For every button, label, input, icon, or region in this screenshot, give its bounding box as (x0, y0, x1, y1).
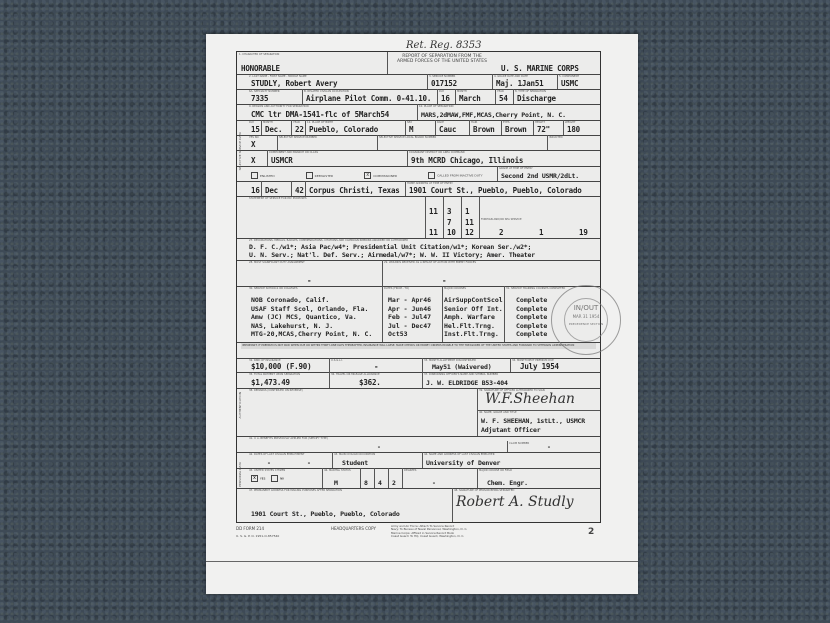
checkbox-called (428, 172, 435, 179)
checkbox-commissioned: x (364, 172, 371, 179)
paper-edge (206, 561, 638, 562)
checkbox-enlisted (251, 172, 258, 179)
copy-label: HEADQUARTERS COPY (331, 526, 376, 531)
header-row: 1. Character of separation HONORABLE REP… (237, 52, 600, 75)
schools-list: NOB Coronado, Calif. USAF Staff Scol, Or… (251, 296, 372, 339)
service-number: 017152 (431, 79, 457, 88)
service-branch: U. S. MARINE CORPS (501, 64, 579, 73)
checkbox-reenlisted (306, 172, 313, 179)
citizen-yes-checkbox: x (251, 475, 258, 482)
document-paper: Ret. Reg. 8353 1. Character of separatio… (206, 34, 638, 594)
character-of-separation: HONORABLE (241, 64, 280, 73)
officer-signature: W.F.Sheehan (485, 391, 575, 407)
name-field: STUDLY, Robert Avery (251, 79, 337, 88)
veteran-signature: Robert A. Studly (456, 494, 574, 510)
dd214-form: 1. Character of separation HONORABLE REP… (236, 51, 601, 523)
form-title: REPORT OF SEPARATION FROM THE ARMED FORC… (387, 54, 497, 64)
distribution-instructions: Army and Air Force: Attach To Service Re… (391, 525, 467, 538)
grade-date: Maj. 1Jan51 (496, 79, 543, 88)
citizen-no-checkbox (271, 475, 278, 482)
page-number: 2 (588, 527, 594, 537)
form-number: DD FORM 214 (236, 526, 264, 531)
top-annotation: Ret. Reg. 8353 (406, 40, 481, 51)
gpo-line: U. S. G. P. O. 1951-O-857540 (236, 534, 279, 538)
component: USMC (561, 79, 578, 88)
insurance-notice: Important: if premium is not paid when d… (241, 343, 596, 349)
received-stamp: IN/OUT MAR 31 1954 PRECEDENCE SECTION (551, 285, 621, 355)
